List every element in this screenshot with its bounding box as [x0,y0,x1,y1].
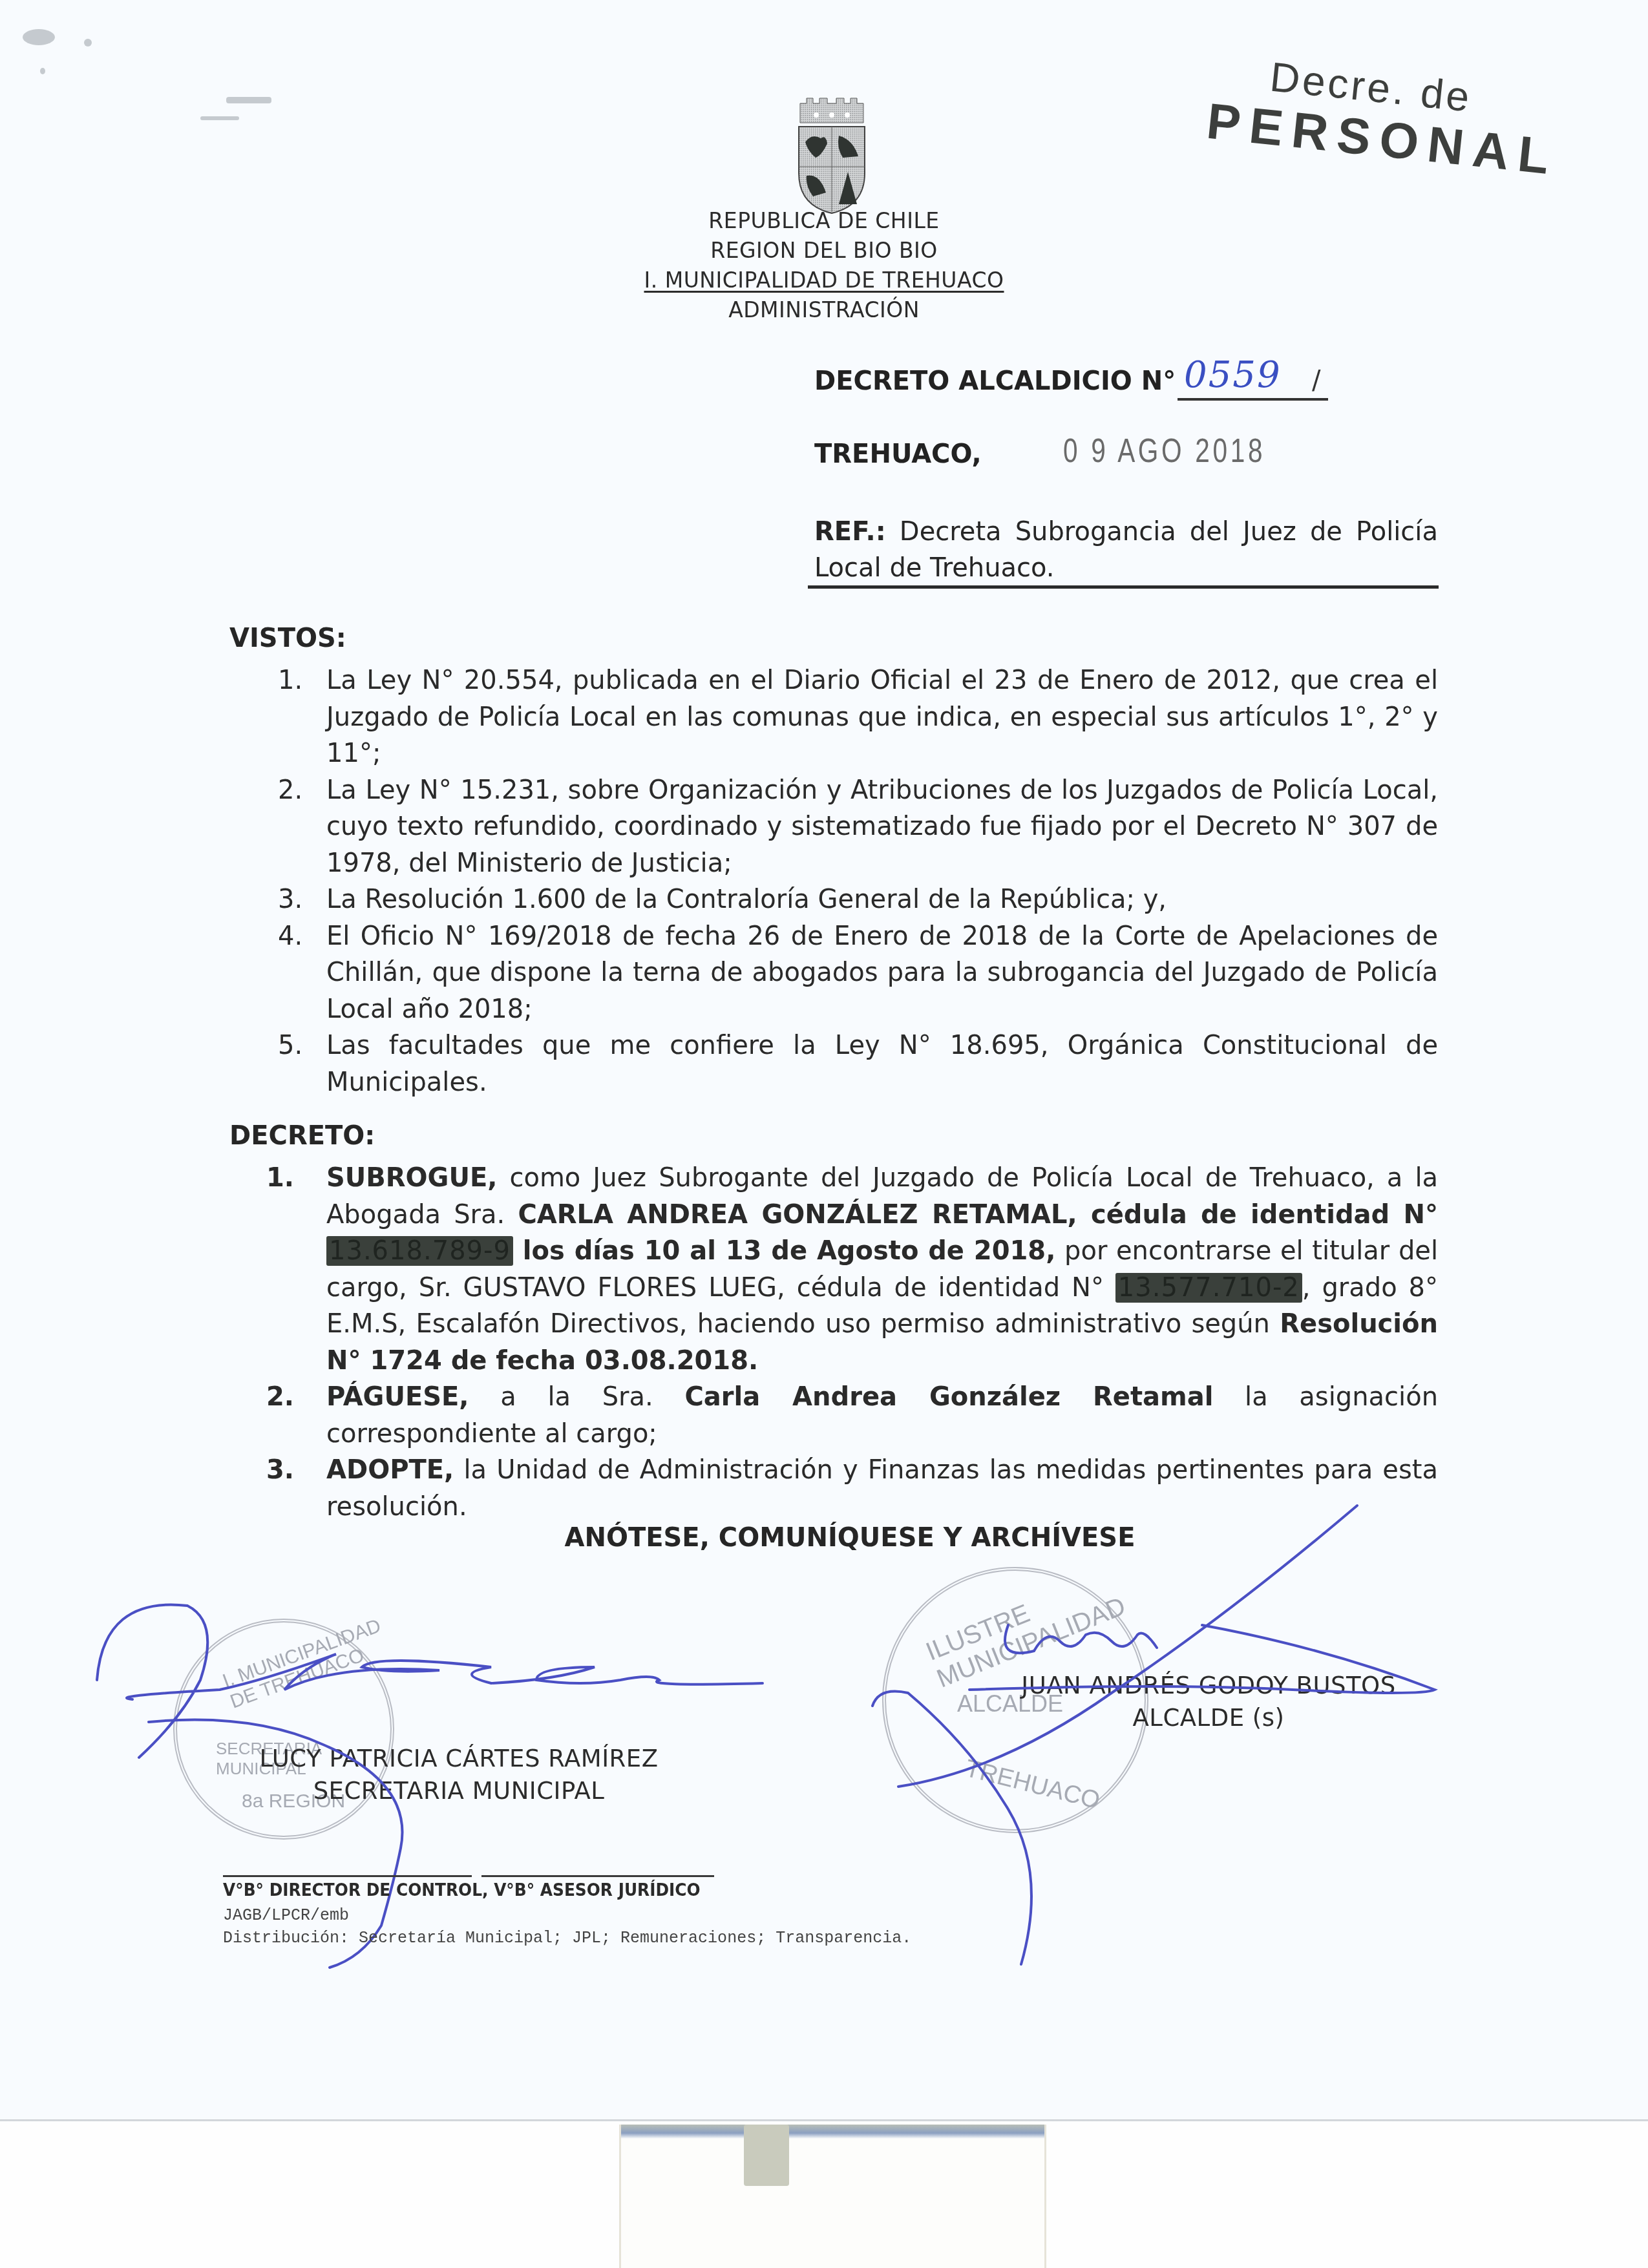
decree-number-handwritten: 0559 [1184,354,1282,396]
secretary-role: SECRETARIA MUNICIPAL [220,1777,698,1805]
mayor-seal: ILUSTRE MUNICIPALIDAD ALCALDE TREHUACO [882,1567,1148,1833]
header-region: REGION DEL BIO BIO [0,238,1648,263]
closing-formula: ANÓTESE, COMUNÍQUESE Y ARCHÍVESE [0,1523,1648,1553]
vistos-heading: VISTOS: [229,624,346,653]
redacted-id-number: 13.618.789-9 [326,1236,513,1266]
item-verb: PÁGUESE, [326,1382,469,1412]
seal-text: I. MUNICIPALIDAD DE TREHUACO [220,1615,393,1714]
decree-number-underline [1178,398,1328,401]
vistos-item: 5.Las facultades que me confiere la Ley … [259,1027,1438,1100]
secretary-name: LUCY PATRICIA CÁRTES RAMÍREZ [220,1745,698,1772]
decree-city: TREHUACO, [814,439,982,469]
scan-speck [226,97,271,103]
item-text: El Oficio N° 169/2018 de fecha 26 de Ene… [326,921,1438,1024]
reference-rule [808,585,1439,589]
vistos-item: 3.La Resolución 1.600 de la Contraloría … [259,881,1438,918]
item-number: 5. [278,1027,302,1064]
decreto-item-paguese: 2.PÁGUESE, a la Sra. Carla Andrea Gonzál… [259,1379,1438,1452]
header-department: ADMINISTRACIÓN [0,297,1648,322]
mayor-role: ALCALDE (s) [982,1704,1435,1732]
approvals-line: V°B° DIRECTOR DE CONTROL, V°B° ASESOR JU… [223,1880,701,1900]
item-text: La Ley N° 20.554, publicada en el Diario… [326,666,1438,768]
decreto-list: 1.SUBROGUE, como Juez Subrogante del Juz… [259,1160,1438,1525]
vistos-item: 2.La Ley N° 15.231, sobre Organización y… [259,772,1438,882]
decreto-heading: DECRETO: [229,1121,375,1151]
item-number: 1. [266,1160,294,1197]
slot-shadow [621,2125,1044,2139]
reference-initials: JAGB/LPCR/emb [223,1906,349,1925]
decree-reference: REF.: Decreta Subrogancia del Juez de Po… [814,514,1438,586]
appointee-name: Carla Andrea González Retamal [684,1382,1213,1412]
appointee-name: CARLA ANDREA GONZÁLEZ RETAMAL, cédula de… [518,1200,1438,1230]
signature-line-control [223,1875,472,1877]
item-verb: SUBROGUE, [326,1163,497,1193]
scan-speck [84,39,92,47]
item-verb: ADOPTE, [326,1455,454,1485]
decreto-item-adopte: 3.ADOPTE, la Unidad de Administración y … [259,1452,1438,1525]
decree-number-slash: / [1312,366,1320,395]
mayor-name: JUAN ANDRÉS GODOY BUSTOS [982,1672,1435,1699]
subrogation-dates: los días 10 al 13 de Agosto de 2018, [513,1236,1055,1266]
item-number: 4. [278,918,302,955]
vistos-item: 1.La Ley N° 20.554, publicada en el Diar… [259,662,1438,772]
personal-decree-stamp: Decre. de PERSONAL [1187,45,1562,224]
reference-text: Decreta Subrogancia del Juez de Policía … [814,517,1438,583]
scanner-slot [619,2125,1046,2268]
item-text: La Resolución 1.600 de la Contraloría Ge… [326,885,1167,914]
distribution-list: Distribución: Secretaría Municipal; JPL;… [223,1929,911,1948]
seal-text: TREHUACO [962,1755,1103,1815]
item-number: 2. [278,772,302,809]
header-country: REPUBLICA DE CHILE [0,208,1648,233]
binder-clip-icon [744,2125,789,2186]
secretary-seal: I. MUNICIPALIDAD DE TREHUACO SECRETARIA … [173,1619,394,1840]
item-text: la Unidad de Administración y Finanzas l… [326,1455,1438,1522]
item-number: 2. [266,1379,294,1416]
item-number: 1. [278,662,302,699]
item-number: 3. [266,1452,294,1489]
item-number: 3. [278,881,302,918]
decree-date-stamp: 0 9 AGO 2018 [1063,432,1265,470]
decree-number-label: DECRETO ALCALDICIO N° [814,366,1176,396]
signature-line-legal [481,1875,714,1877]
item-text: Las facultades que me confiere la Ley N°… [326,1031,1438,1097]
document-page: REPUBLICA DE CHILE REGION DEL BIO BIO I.… [0,0,1648,2123]
scan-speck [23,29,55,45]
municipal-crest-icon [794,96,870,215]
decreto-item-subrogue: 1.SUBROGUE, como Juez Subrogante del Juz… [259,1160,1438,1379]
redacted-id-number: 13.577.710-2 [1115,1273,1302,1303]
scan-speck [40,68,45,74]
reference-label: REF.: [814,517,886,547]
vistos-item: 4.El Oficio N° 169/2018 de fecha 26 de E… [259,918,1438,1028]
item-text: La Ley N° 15.231, sobre Organización y A… [326,775,1438,878]
header-municipality: I. MUNICIPALIDAD DE TREHUACO [0,268,1648,293]
scan-speck [200,116,239,120]
item-text: a la Sra. [469,1382,685,1412]
vistos-list: 1.La Ley N° 20.554, publicada en el Diar… [259,662,1438,1100]
